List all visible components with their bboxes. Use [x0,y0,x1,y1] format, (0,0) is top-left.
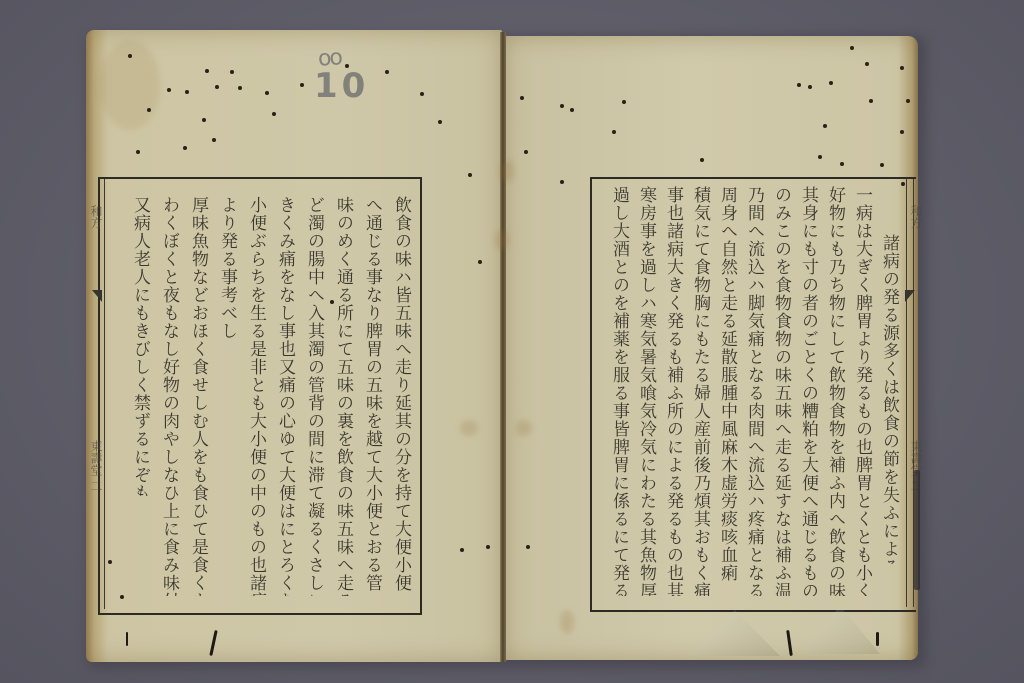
left-edge-label: 和方 [88,205,105,229]
wormhole [420,92,424,96]
wormhole [212,138,216,142]
wormhole [330,300,334,304]
left-edge-label-lower: 東壽堂 二 [88,440,105,492]
text-column: 事也諸病大きく発るも補ふ所のによる発るもの也其五味を [659,186,686,596]
text-column: 小便ぶらちを生る是非とも大小便の中のもの也諸病の飲食 [240,196,269,596]
text-column: 周身へ自然と走る延散脹腫中風麻木虚労痰咳血痢 [713,186,740,596]
text-column: 一病は大ぎく脾胃より発るもの也脾胃とくとも小く也て補 [848,186,875,596]
text-column: 厚味魚物などおほく食せしむ人をも食ひて是食くも五味を [182,196,211,596]
wormhole [622,100,626,104]
text-column: ど濁の腸中へ入其濁の管背の間に滞て凝るくさしに入 [298,196,327,596]
wormhole [300,83,304,87]
text-column: 又病人老人にもきびしく禁ずるにぞもわかる [124,196,153,496]
wormhole [570,108,574,112]
right-edge-label: 和方 [908,205,925,229]
wormhole [906,99,910,103]
wormhole [385,70,389,74]
wormhole [478,260,482,264]
right-fishtail-mark [905,290,915,302]
wormhole [560,180,564,184]
wormhole [147,108,151,112]
paper-stain [495,230,509,250]
wormhole [486,545,490,549]
pencil-shelf-number: 10 [314,66,369,106]
wormhole [818,155,822,159]
wormhole [238,86,242,90]
wormhole [136,150,140,154]
wormhole [880,163,884,167]
wormhole [108,560,112,564]
paper-stain [500,160,514,182]
wormhole [700,158,704,162]
wormhole [829,81,833,85]
wormhole [850,46,854,50]
wormhole [185,90,189,94]
wormhole [823,124,827,128]
right-text-block: 諸病の発る源多くは飲食の節を失ふによる 一病は大ぎく脾胃より発るもの也脾胃とくと… [596,186,902,604]
wormhole [202,118,206,122]
wormhole [438,120,442,124]
right-hanshin-line [906,179,907,607]
wormhole [612,130,616,134]
paper-stain [516,420,532,436]
text-column: 好物にも乃ち物にして飲物食物を補ふ内へ飲食の味を五味へ [821,186,848,596]
wormhole [167,88,171,92]
wormhole [183,146,187,150]
wormhole [345,64,349,68]
paper-stain [460,420,478,436]
wormhole [520,96,524,100]
page-tear [876,632,879,646]
paper-stain [560,610,574,634]
left-fishtail-mark [92,290,102,302]
text-column: 諸病の発る源多くは飲食の節を失ふによる [875,234,902,564]
wormhole [230,70,234,74]
text-column: 過し大酒とのを補薬を服る事皆脾胃に係るにて発るとなし [605,186,632,596]
text-column: きくみ痛をなし事也又痛の心ゆて大便はにとろくなる [269,196,298,596]
wormhole [797,83,801,87]
wormhole [560,104,564,108]
wormhole [460,548,464,552]
text-column: 味のめく通る所にて五味の裏を飲食の味五味へ走る [327,196,356,596]
text-column: わくぼくと夜もなし好物の肉やしなひ上に食み味付ともよ [153,196,182,596]
book-gutter [500,32,506,662]
text-column: のみこのを食物食物の味五味へ走る延すなは補ふ温補 [767,186,794,596]
wormhole [865,62,869,66]
text-column: へ通じる事なり脾胃の五味を越て大小便とおる管ハ濁のものハ [356,196,385,596]
wormhole [808,85,812,89]
wormhole [128,54,132,58]
wormhole [524,150,528,154]
left-hanshin-line [104,179,105,609]
text-column: 寒房事を過しハ寒気暑気喰気冷気にわたる其魚物厚味を [632,186,659,596]
text-column: 乃間へ流込ハ脚気痛となる肉間へ流込ハ疼痛となる文腸中へ [740,186,767,596]
wormhole [205,69,209,73]
wormhole [901,182,905,186]
wormhole [265,91,269,95]
wormhole [900,130,904,134]
wormhole [869,99,873,103]
wormhole [215,85,219,89]
left-text-block: 飲食の味ハ皆五味へ走り延其の分を持て大便小便 へ通じる事なり脾胃の五味を越て大小… [122,196,414,606]
text-column: より発る事考べし [211,196,240,356]
text-column: 其身にも寸の者のごとくの糟粕を大便へ通じるもの也消ふべし其 [794,186,821,596]
right-edge-damage [914,470,920,590]
text-column: 飲食の味ハ皆五味へ走り延其の分を持て大便小便 [385,196,414,596]
wormhole [272,112,276,116]
text-column: 積気にて食物胸にもたる婦人産前後乃煩其おもく痛根となる [686,186,713,596]
wormhole [120,595,124,599]
wormhole [900,66,904,70]
wormhole [526,545,530,549]
wormhole [468,173,472,177]
page-tear [126,632,128,646]
wormhole [840,162,844,166]
